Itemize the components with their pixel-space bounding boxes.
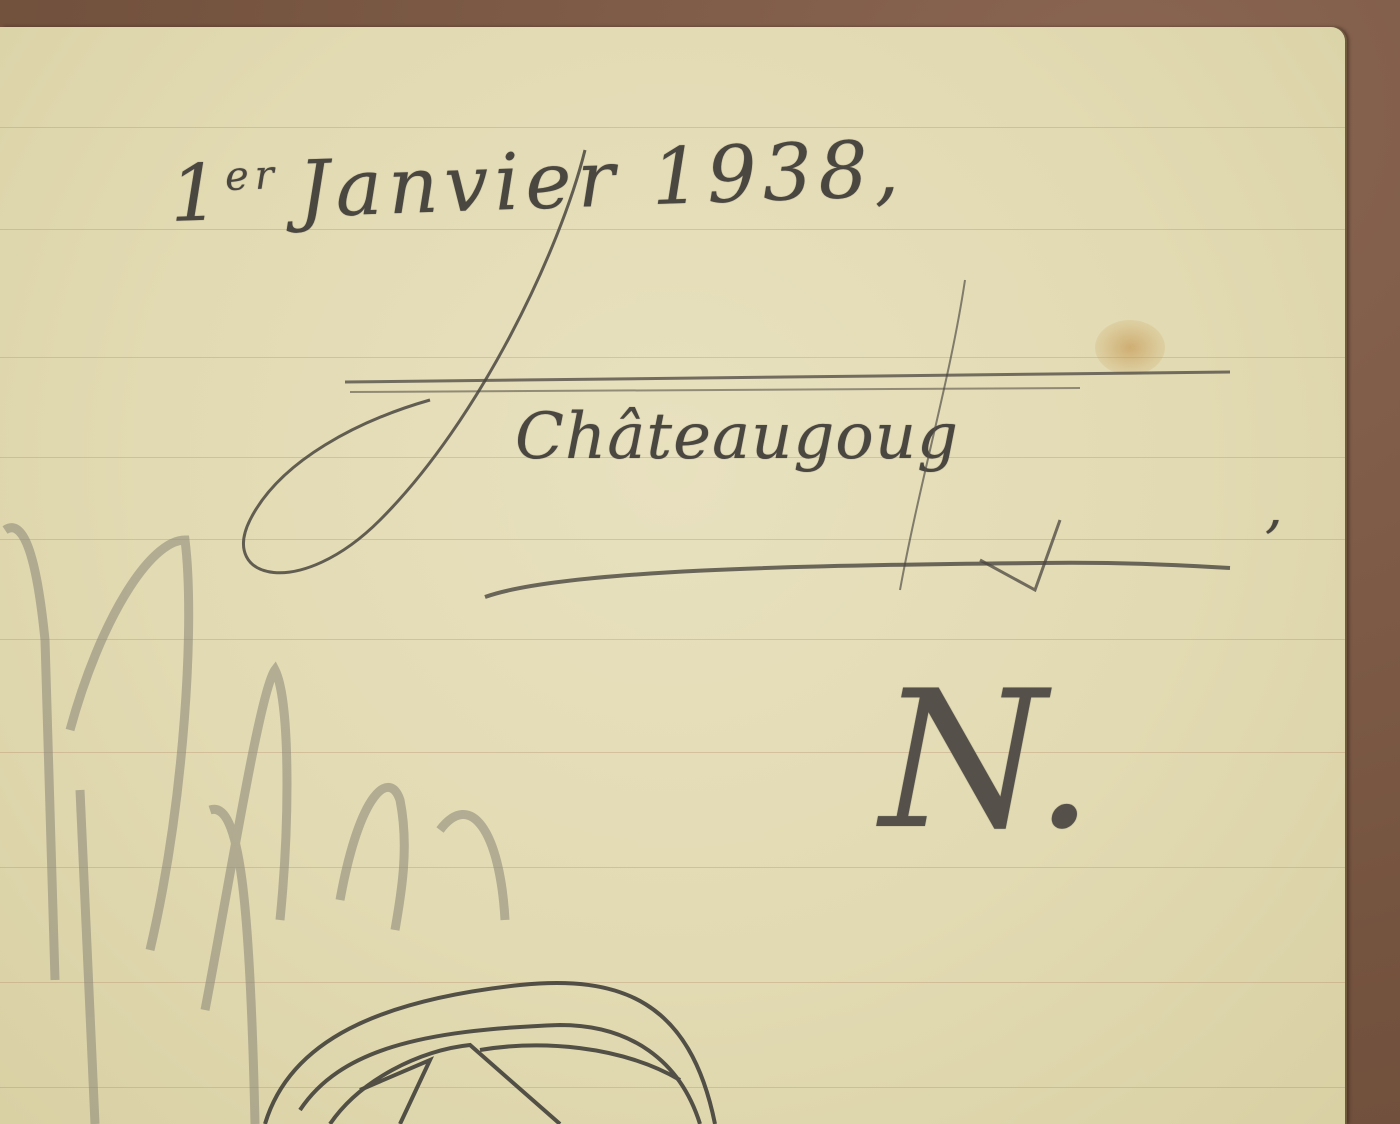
ruled-line bbox=[0, 867, 1345, 868]
ruled-line bbox=[0, 1087, 1345, 1088]
ruled-line bbox=[0, 752, 1345, 753]
date-month: Janvier bbox=[297, 134, 622, 235]
foxing-stain bbox=[1095, 320, 1165, 375]
date-day: 1 bbox=[168, 148, 227, 240]
signature-initial: N. bbox=[880, 650, 1095, 871]
ruled-line bbox=[0, 639, 1345, 640]
date-year: 1938 bbox=[650, 125, 876, 223]
date-comma: , bbox=[872, 124, 906, 215]
date-ordinal: er bbox=[224, 152, 280, 200]
place-line: Châteaugoug bbox=[515, 400, 959, 474]
ruled-line bbox=[0, 127, 1345, 128]
ruled-line bbox=[0, 982, 1345, 983]
place-comma: , bbox=[1265, 475, 1283, 540]
place-name: Châteaugoug bbox=[515, 400, 959, 474]
ruled-line bbox=[0, 539, 1345, 540]
